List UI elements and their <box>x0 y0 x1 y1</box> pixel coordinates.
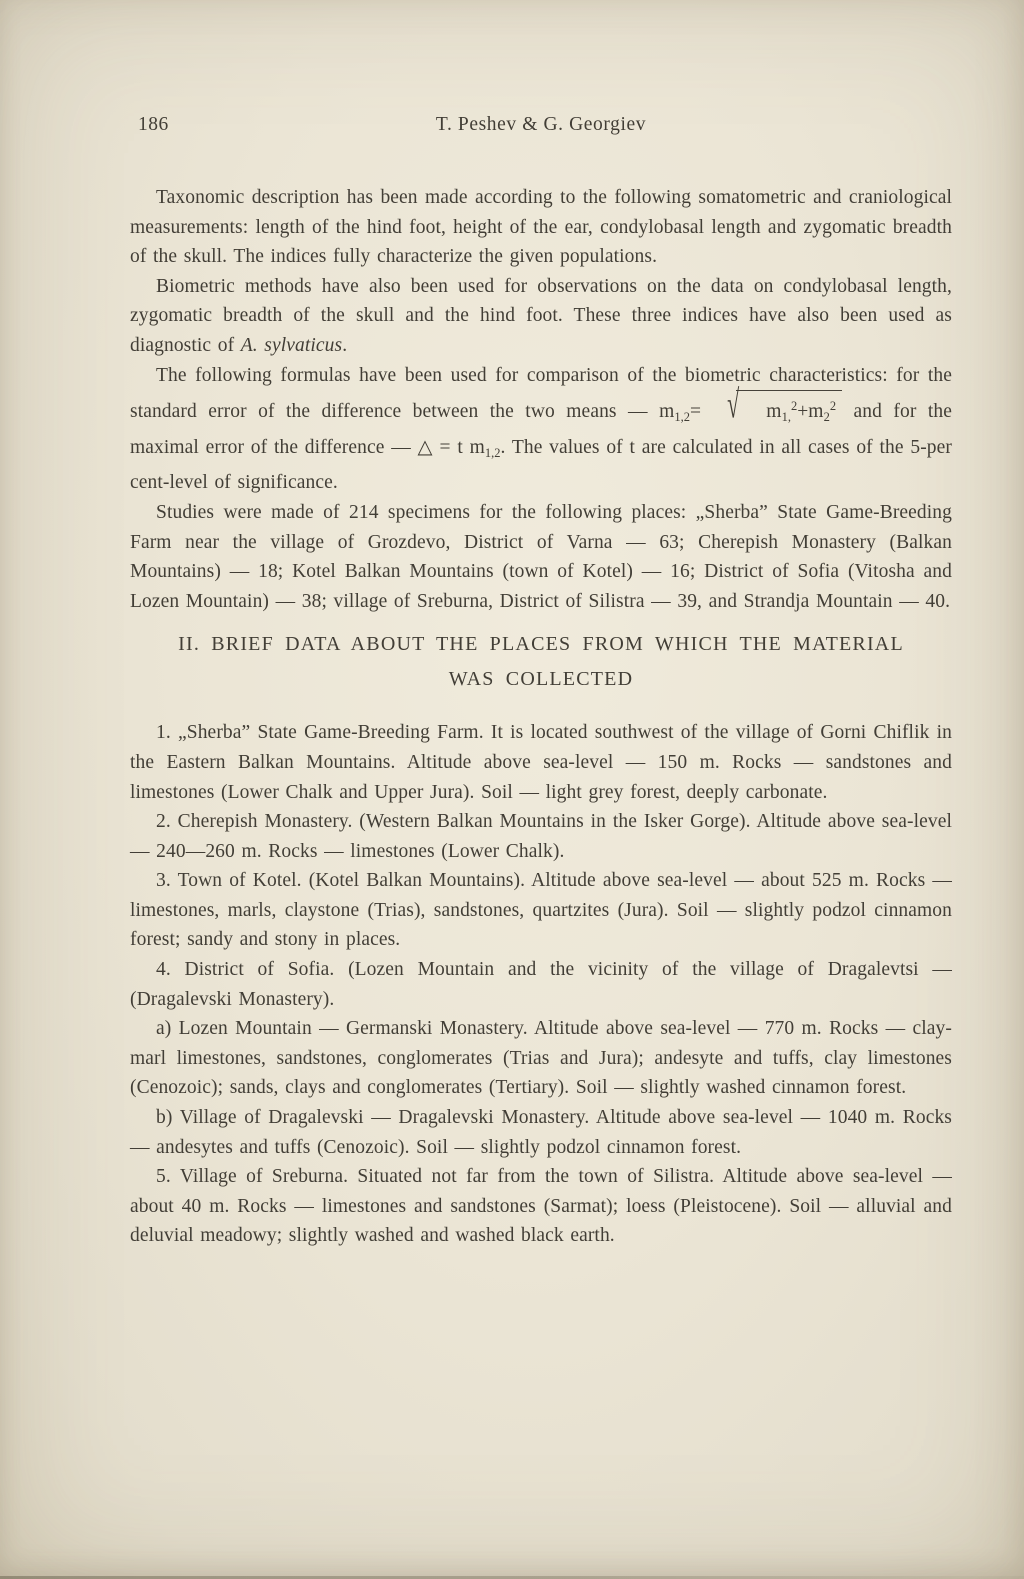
page-header: 186 T. Peshev & G. Georgiev <box>130 114 952 144</box>
radicand: m1,2+m22 <box>736 390 842 433</box>
radical-sign: √ <box>701 378 739 431</box>
formula-m: m <box>659 401 674 422</box>
section-heading-line2: WAS COLLECTED <box>130 662 952 697</box>
radicand-m2-superscript: 2 <box>830 399 836 413</box>
formula-maximal-error: △ = t m1,2 <box>418 437 501 458</box>
place-3-kotel: 3. Town of Kotel. (Kotel Balkan Mountain… <box>130 866 952 955</box>
formula-delta-mid: = t m <box>433 437 485 458</box>
paragraph-biometric-methods: Biometric methods have also been used fo… <box>130 272 952 361</box>
formula-m-subscript: 1,2 <box>674 410 690 424</box>
place-5-sreburna: 5. Village of Sreburna. Situated not far… <box>130 1162 952 1251</box>
biometric-end: . <box>342 335 347 356</box>
delta-triangle: △ <box>418 437 433 458</box>
species-name: A. sylvaticus <box>241 335 342 356</box>
formula-delta-subscript: 1,2 <box>485 446 501 460</box>
document-page: 186 T. Peshev & G. Georgiev Taxonomic de… <box>0 0 1024 1579</box>
square-root: √m1,2+m22 <box>701 401 842 422</box>
section-heading: II. BRIEF DATA ABOUT THE PLACES FROM WHI… <box>130 627 952 697</box>
place-2-cherepish: 2. Cherepish Monastery. (Western Balkan … <box>130 807 952 866</box>
plus-sign: + <box>797 401 808 422</box>
page-body: Taxonomic description has been made acco… <box>130 183 952 1251</box>
place-4-sofia: 4. District of Sofia. (Lozen Mountain an… <box>130 955 952 1014</box>
place-1-sherba: 1. „Sherba” State Game-Breeding Farm. It… <box>130 718 952 807</box>
paragraph-formulas: The following formulas have been used fo… <box>130 361 952 498</box>
radicand-m2: m <box>808 401 823 422</box>
paragraph-taxonomic-description: Taxonomic description has been made acco… <box>130 183 952 272</box>
radicand-m1-subscript: 1, <box>782 410 791 424</box>
place-4a-lozen: a) Lozen Mountain — Germanski Monastery.… <box>130 1014 952 1103</box>
paragraph-specimens: Studies were made of 214 specimens for t… <box>130 498 952 616</box>
formula-standard-error: m1,2=√m1,2+m22 <box>659 401 842 422</box>
section-heading-line1: II. BRIEF DATA ABOUT THE PLACES FROM WHI… <box>130 627 952 662</box>
place-4b-dragalevski: b) Village of Dragalevski — Dragalevski … <box>130 1103 952 1162</box>
running-title: T. Peshev & G. Georgiev <box>130 114 952 136</box>
equals-sign: = <box>690 401 701 422</box>
radicand-m1: m <box>766 401 781 422</box>
